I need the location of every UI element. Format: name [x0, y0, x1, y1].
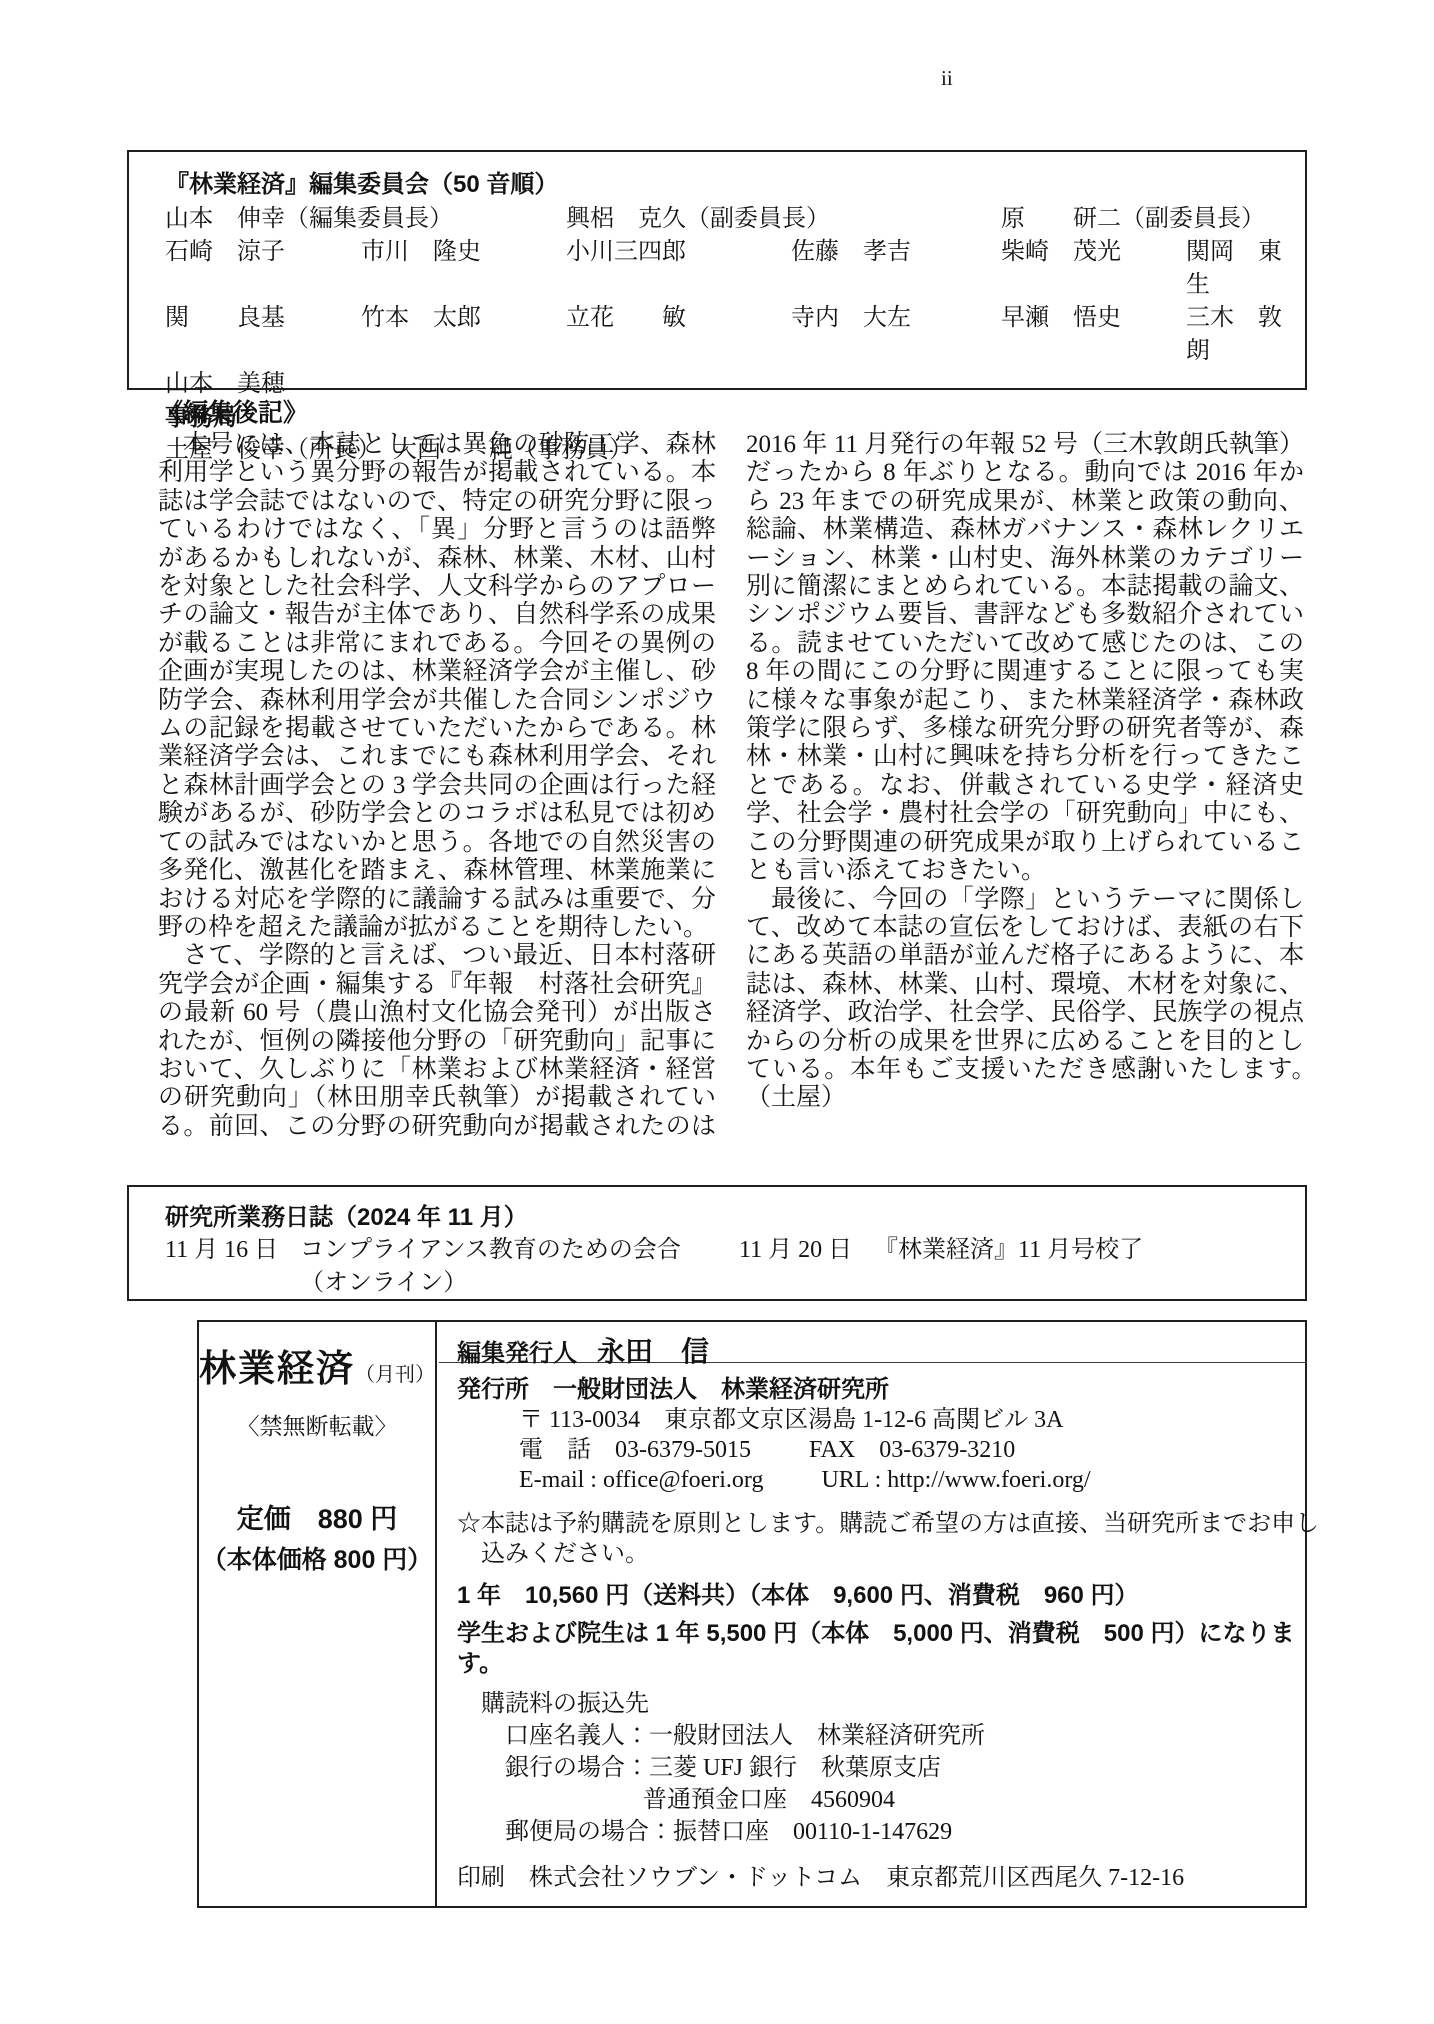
postal-address: 〒 113-0034 東京都文京区湯島 1-12-6 高関ビル 3A: [439, 1405, 1305, 1435]
diary-date: 11 月 16 日: [165, 1234, 300, 1300]
colophon-right-panel: 編集発行人 永田 信 発行所 一般財団法人 林業経済研究所 〒 113-0034…: [439, 1322, 1305, 1906]
price: 定価 880 円: [199, 1497, 435, 1536]
annual-price: 1 年 10,560 円（送料共）（本体 9,600 円、消費税 960 円）: [439, 1581, 1305, 1611]
bank-info: 銀行の場合：三菱 UFJ 銀行 秋葉原支店: [439, 1753, 1305, 1783]
account-name: 口座名義人：一般財団法人 林業経済研究所: [439, 1721, 1305, 1751]
committee-grid: 山本 伸幸（編集委員長） 興梠 克久（副委員長） 原 研二（副委員長） 石崎 涼…: [165, 203, 1287, 401]
no-reproduction-notice: 〈禁無断転載〉: [199, 1408, 435, 1441]
committee-member: 柴崎 茂光: [1001, 236, 1186, 302]
committee-member: 立花 敏: [566, 302, 791, 368]
editorial-columns: 本号には、本誌としては異色の砂防工学、森林利用学という異分野の報告が掲載されてい…: [158, 431, 1304, 1141]
page-number: ii: [941, 66, 953, 91]
subscription-note: ☆本誌は予約購読を原則とします。購読ご希望の方は直接、当研究所までお申し込みくだ…: [439, 1509, 1341, 1569]
editorial-paragraph: 本号には、本誌としては異色の砂防工学、森林利用学という異分野の報告が掲載されてい…: [158, 431, 716, 942]
phone-fax-line: 電 話 03-6379-5015FAX 03-6379-3210: [439, 1435, 1305, 1465]
committee-member: 佐藤 孝吉: [791, 236, 1001, 302]
diary-box: 研究所業務日誌（2024 年 11 月） 11 月 16 日 コンプライアンス教…: [127, 1185, 1307, 1301]
diary-date: 11 月 20 日: [739, 1234, 874, 1300]
bank-account: 普通預金口座 4560904: [439, 1785, 1305, 1815]
committee-member: 興梠 克久（副委員長）: [566, 203, 1001, 236]
colophon-left-panel: 林業経済（月刊） 〈禁無断転載〉 定価 880 円 （本体価格 800 円）: [199, 1322, 437, 1906]
email-url-line: E-mail : office@foeri.orgURL : http://ww…: [439, 1465, 1305, 1495]
phone: 電 話 03-6379-5015: [519, 1437, 751, 1463]
committee-member: 竹本 太郎: [361, 302, 566, 368]
committee-member: 関岡 東生: [1186, 236, 1287, 302]
price-base: （本体価格 800 円）: [199, 1540, 435, 1576]
publisher-line: 発行所 一般財団法人 林業経済研究所: [439, 1375, 1305, 1405]
printer-line: 印刷 株式会社ソウブン・ドットコム 東京都荒川区西尾久 7-12-16: [439, 1863, 1305, 1893]
postal-account: 郵便局の場合：振替口座 00110-1-147629: [439, 1817, 1305, 1847]
editor-label: 編集発行人: [457, 1340, 577, 1367]
diary-entries: 11 月 16 日 コンプライアンス教育のための会合 （オンライン） 11 月 …: [165, 1234, 1305, 1300]
editor-row: 編集発行人 永田 信: [439, 1322, 1305, 1363]
diary-note: （オンライン）: [300, 1267, 681, 1300]
committee-member: 石崎 涼子: [165, 236, 361, 302]
committee-member: 関 良基: [165, 302, 361, 368]
committee-member: 三木 敦朗: [1186, 302, 1287, 368]
committee-member: 原 研二（副委員長）: [1001, 203, 1287, 236]
url: URL : http://www.foeri.org/: [821, 1467, 1090, 1493]
editorial-paragraph: 最後に、今回の「学際」というテーマに関係して、改めて本誌の宣伝をしておけば、表紙…: [746, 886, 1304, 1113]
committee-box: 『林業経済』編集委員会（50 音順） 山本 伸幸（編集委員長） 興梠 克久（副委…: [127, 150, 1307, 390]
editor-name: 永田 信: [597, 1336, 709, 1367]
diary-text: コンプライアンス教育のための会合: [300, 1234, 681, 1267]
transfer-title: 購読料の振込先: [439, 1689, 1305, 1719]
diary-entry: 11 月 20 日 『林業経済』11 月号校了: [739, 1234, 1143, 1300]
fax: FAX 03-6379-3210: [809, 1437, 1015, 1463]
committee-member: 早瀬 悟史: [1001, 302, 1186, 368]
diary-text: 『林業経済』11 月号校了: [874, 1234, 1143, 1300]
committee-member: 寺内 大左: [791, 302, 1001, 368]
colophon-box: 林業経済（月刊） 〈禁無断転載〉 定価 880 円 （本体価格 800 円） 編…: [197, 1320, 1307, 1908]
student-price: 学生および院生は 1 年 5,500 円（本体 5,000 円、消費税 500 …: [439, 1619, 1337, 1679]
committee-title: 『林業経済』編集委員会（50 音順）: [165, 164, 1287, 199]
committee-member: 小川三四郎: [566, 236, 791, 302]
committee-member: 山本 伸幸（編集委員長）: [165, 203, 566, 236]
email: E-mail : office@foeri.org: [519, 1467, 763, 1493]
office-title: 事務局: [165, 401, 1287, 434]
journal-colophon-page: ii 『林業経済』編集委員会（50 音順） 山本 伸幸（編集委員長） 興梠 克久…: [0, 0, 1434, 2024]
editorial-heading: 《編集後記》: [158, 393, 308, 429]
journal-frequency: （月刊）: [355, 1364, 435, 1386]
diary-entry: 11 月 16 日 コンプライアンス教育のための会合 （オンライン）: [165, 1234, 739, 1300]
journal-title: 林業経済: [199, 1348, 355, 1389]
committee-member: 市川 隆史: [361, 236, 566, 302]
diary-title: 研究所業務日誌（2024 年 11 月）: [165, 1197, 1305, 1232]
